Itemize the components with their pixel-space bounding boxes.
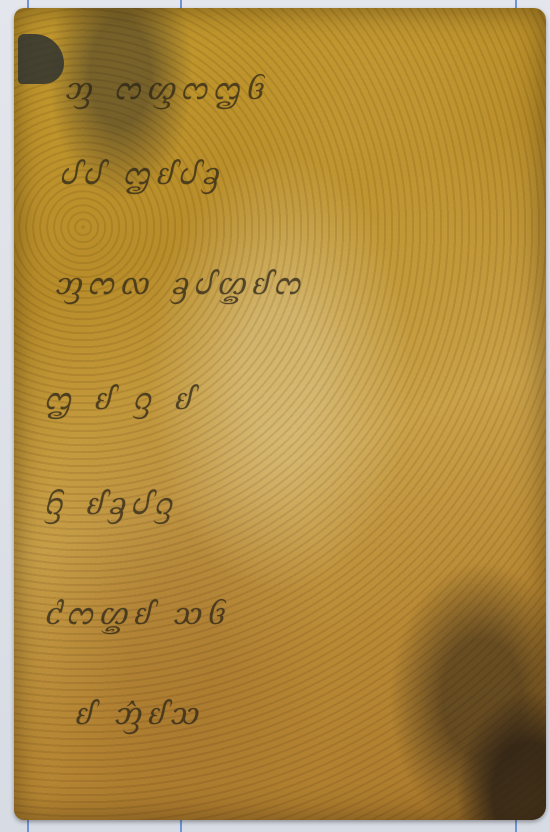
inscription-line-2: ᦔᦔ ᦗᦊᦔᦃ (59, 153, 546, 195)
inscription-line-7: ᦊ ᦁᦊᦉ (74, 693, 546, 735)
inscription-line-3: ᦀᦂᦟ ᦃᦔᦄᦊᦂ (54, 263, 546, 305)
inscription-line-1: ᦀ ᦂᦐᦂᦗᦑ (64, 68, 546, 110)
gold-amulet-plaque: ᦀ ᦂᦐᦂᦗᦑ ᦔᦔ ᦗᦊᦔᦃ ᦀᦂᦟ ᦃᦔᦄᦊᦂ ᦗ ᦊ ᦋ ᦊ ᦌ ᦊᦃᦔᦋ… (14, 8, 546, 820)
inscription-line-6: ᦺᦂᦄᦊ ᦉᦑ (44, 593, 546, 635)
inscription-line-4: ᦗ ᦊ ᦋ ᦊ (44, 378, 546, 420)
inscription-line-5: ᦌ ᦊᦃᦔᦋ (44, 483, 546, 525)
